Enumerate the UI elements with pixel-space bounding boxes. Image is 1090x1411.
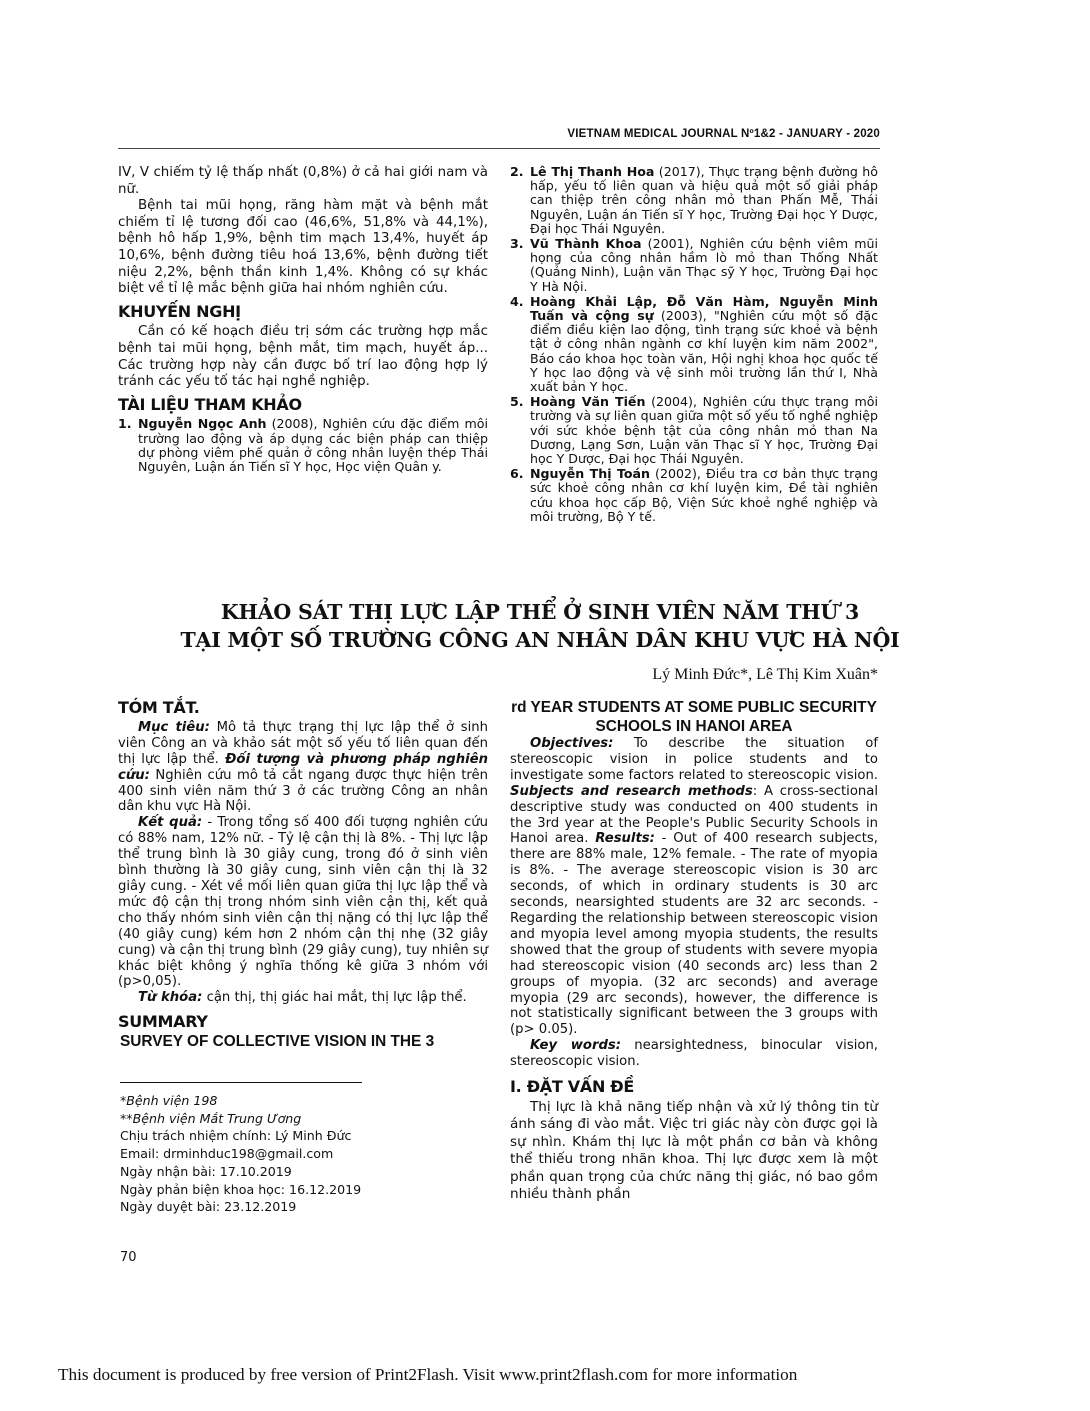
reference-number: 1. bbox=[118, 417, 132, 431]
reference-number: 4. bbox=[510, 295, 524, 309]
summary-objectives: Objectives: To describe the situation of… bbox=[510, 736, 878, 1038]
print2flash-watermark: This document is produced by free versio… bbox=[58, 1365, 958, 1385]
header-rule bbox=[118, 148, 880, 149]
reference-item: 5.Hoàng Văn Tiến (2004), Nghiên cứu thực… bbox=[510, 395, 878, 466]
recommendation-paragraph: Cần có kế hoạch điều trị sớm các trường … bbox=[118, 324, 488, 390]
reference-number: 3. bbox=[510, 237, 524, 251]
reference-list: 1.Nguyễn Ngọc Anh (2008), Nghiên cứu đặc… bbox=[118, 417, 488, 474]
summary-en-column: rd YEAR STUDENTS AT SOME PUBLIC SECURITY… bbox=[510, 698, 878, 1203]
affiliation-1: *Bệnh viện 198 bbox=[120, 1092, 490, 1110]
footnote-rule bbox=[120, 1082, 362, 1083]
reference-list-continued: 2.Lê Thị Thanh Hoa (2017), Thực trạng bệ… bbox=[510, 165, 878, 524]
summary-title-part2: rd YEAR STUDENTS AT SOME PUBLIC SECURITY… bbox=[510, 698, 878, 736]
results-label: Kết quả: bbox=[138, 815, 202, 830]
abstract-vi-keywords: Từ khóa: cận thị, thị giác hai mắt, thị … bbox=[118, 990, 488, 1006]
keywords-label: Từ khóa: bbox=[138, 990, 202, 1005]
objectives-label: Objectives: bbox=[530, 736, 613, 751]
responsible-author: Chịu trách nhiệm chính: Lý Minh Đức bbox=[120, 1127, 490, 1145]
abstract-vi-results: Kết quả: - Trong tổng số 400 đối tượng n… bbox=[118, 815, 488, 990]
methods-label: Subjects and research methods bbox=[510, 784, 753, 799]
footnotes: *Bệnh viện 198 **Bệnh viện Mắt Trung Ươn… bbox=[120, 1092, 490, 1216]
recommendation-heading: KHUYẾN NGHỊ bbox=[118, 304, 488, 321]
reference-authors: Vũ Thành Khoa bbox=[530, 236, 642, 251]
reference-item: 4.Hoàng Khải Lập, Đỗ Văn Hàm, Nguyễn Min… bbox=[510, 295, 878, 394]
introduction-paragraph: Thị lực là khả năng tiếp nhận và xử lý t… bbox=[510, 1099, 878, 1203]
page-number: 70 bbox=[120, 1250, 137, 1265]
reference-authors: Nguyễn Ngọc Anh bbox=[138, 416, 267, 431]
results-text: - Trong tổng số 400 đối tượng nghiên cứu… bbox=[118, 815, 488, 989]
article-title: KHẢO SÁT THỊ LỰC LẬP THỂ Ở SINH VIÊN NĂM… bbox=[100, 598, 980, 654]
reference-item: 3.Vũ Thành Khoa (2001), Nghiên cứu bệnh … bbox=[510, 237, 878, 294]
reference-authors: Lê Thị Thanh Hoa bbox=[530, 164, 654, 179]
prev-article-left-column: IV, V chiếm tỷ lệ thấp nhất (0,8%) ở cả … bbox=[118, 165, 488, 475]
reference-number: 5. bbox=[510, 395, 524, 409]
abstract-vi-heading: TÓM TẮT. bbox=[118, 700, 488, 716]
methods-text: Nghiên cứu mô tả cắt ngang được thực hiệ… bbox=[118, 768, 488, 815]
journal-page: VIETNAM MEDICAL JOURNAL Nº1&2 - JANUARY … bbox=[0, 0, 1090, 1411]
reference-authors: Hoàng Văn Tiến bbox=[530, 394, 645, 409]
references-heading: TÀI LIỆU THAM KHẢO bbox=[118, 397, 488, 414]
article-authors: Lý Minh Đức*, Lê Thị Kim Xuân* bbox=[500, 666, 878, 684]
reference-number: 2. bbox=[510, 165, 524, 179]
reference-authors: Nguyễn Thị Toán bbox=[530, 466, 650, 481]
abstract-vi-objective: Mục tiêu: Mô tả thực trạng thị lực lập t… bbox=[118, 720, 488, 815]
summary-heading: SUMMARY bbox=[118, 1014, 488, 1030]
article-title-line1: KHẢO SÁT THỊ LỰC LẬP THỂ Ở SINH VIÊN NĂM… bbox=[100, 598, 980, 626]
reference-item: 6.Nguyễn Thị Toán (2002), Điều tra cơ bả… bbox=[510, 467, 878, 524]
continued-paragraph: IV, V chiếm tỷ lệ thấp nhất (0,8%) ở cả … bbox=[118, 165, 488, 198]
keywords-text: cận thị, thị giác hai mắt, thị lực lập t… bbox=[202, 990, 466, 1005]
summary-keywords: Key words: nearsightedness, binocular vi… bbox=[510, 1038, 878, 1070]
running-head: VIETNAM MEDICAL JOURNAL Nº1&2 - JANUARY … bbox=[118, 128, 880, 140]
summary-title-part1: SURVEY OF COLLECTIVE VISION IN THE 3 bbox=[120, 1034, 488, 1050]
author-email: Email: drminhduc198@gmail.com bbox=[120, 1145, 490, 1163]
reference-item: 2.Lê Thị Thanh Hoa (2017), Thực trạng bệ… bbox=[510, 165, 878, 236]
objective-label: Mục tiêu: bbox=[138, 720, 210, 735]
affiliation-2: **Bệnh viện Mắt Trung Ương bbox=[120, 1110, 490, 1128]
article-title-line2: TẠI MỘT SỐ TRƯỜNG CÔNG AN NHÂN DÂN KHU V… bbox=[100, 626, 980, 654]
review-date: Ngày phản biện khoa học: 16.12.2019 bbox=[120, 1181, 490, 1199]
received-date: Ngày nhận bài: 17.10.2019 bbox=[120, 1163, 490, 1181]
reference-number: 6. bbox=[510, 467, 524, 481]
results-text: - Out of 400 research subjects, there ar… bbox=[510, 831, 878, 1037]
prev-article-right-column: 2.Lê Thị Thanh Hoa (2017), Thực trạng bệ… bbox=[510, 165, 878, 525]
reference-item: 1.Nguyễn Ngọc Anh (2008), Nghiên cứu đặc… bbox=[118, 417, 488, 474]
keywords-label: Key words: bbox=[530, 1038, 621, 1053]
introduction-heading: I. ĐẶT VẤN ĐỀ bbox=[510, 1079, 878, 1095]
disease-paragraph: Bệnh tai mũi họng, răng hàm mặt và bệnh … bbox=[118, 198, 488, 298]
approval-date: Ngày duyệt bài: 23.12.2019 bbox=[120, 1198, 490, 1216]
results-label: Results: bbox=[595, 831, 655, 846]
abstract-vi-column: TÓM TẮT. Mục tiêu: Mô tả thực trạng thị … bbox=[118, 700, 488, 1050]
